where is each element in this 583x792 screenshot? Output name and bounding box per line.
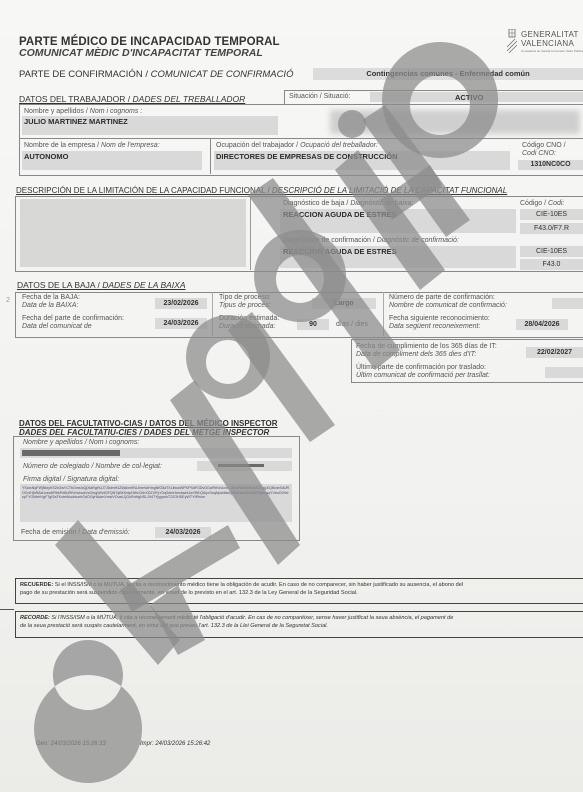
duration-unit: días / dies [336, 321, 368, 328]
signature-value: YSarcNqFWjNbiyKS2xOwYCTbGmsIxQjXlaRgHUJ7… [22, 486, 290, 506]
notice-es: RECUERDE: Si el INSS/ISM o la MUTUA, le … [15, 578, 583, 604]
logo-text-line1: GENERALITAT [521, 30, 579, 39]
last-transfer-label-ca: Últim comunicat de confirmació per trasl… [356, 372, 490, 379]
worker-section-title: DATOS DEL TRABAJADOR / DADES DEL TREBALL… [19, 94, 245, 104]
company-label-ca: Nom de l'empresa: [101, 142, 160, 149]
notice-divider [0, 609, 14, 610]
days365-value: 22/02/2027 [526, 347, 583, 358]
worker-title-es: DATOS DEL TRABAJADOR / [19, 94, 133, 104]
baja-date-label-ca: Data de la BAIXA: [22, 302, 78, 309]
leave-title-ca: DADES DE LA BAIXA [102, 280, 185, 290]
worker-name-label: Nombre y apellidos / Nom i cognoms : [24, 108, 142, 115]
collegiate-label-es: Número de colegiado / [23, 463, 95, 470]
emission-label: Fecha de emisión / Data d'emissió: [21, 529, 130, 536]
signature-label-es: Firma digital / [23, 476, 67, 483]
occupation-label: Ocupación del trabajador / Ocupació del … [216, 142, 378, 149]
occupation-value: DIRECTORES DE EMPRESAS DE CONSTRUCCIÓN [216, 152, 398, 161]
notice-ca: RECORDE: Si l'INSS/ISM o la MÚTUA, li ci… [15, 611, 583, 638]
diag-conf-label: Diagnóstico de confirmación / Diagnòstic… [283, 237, 459, 244]
signature-label-ca: Signatura digital: [67, 476, 119, 483]
diag-baja-value: REACCION AGUDA DE ESTRES [283, 210, 397, 219]
company-label: Nombre de la empresa / Nom de l'empresa: [24, 142, 160, 149]
next-review-label-ca: Data següent reconeixement: [389, 323, 480, 330]
conf-number-label-ca: Nombre de comunicat de confirmació: [389, 302, 507, 309]
diag-baja-label-es: Diagnóstico de baja / [283, 200, 350, 207]
last-transfer-label-es: Último parte de confirmación por traslad… [356, 364, 486, 371]
situation-value: ACTIVO [455, 93, 483, 102]
company-value: AUTONOMO [24, 152, 68, 161]
diag-baja-code2: F43.0/F7.R [520, 223, 583, 234]
duration-label-es: Duración estimada: [219, 315, 279, 322]
document-subtitle: PARTE DE CONFIRMACIÓN / COMUNICAT DE CON… [19, 69, 293, 80]
cno-value: 1310NC0CO [518, 160, 583, 170]
conf-date-label-es: Fecha del parte de confirmación: [22, 315, 124, 322]
diag-conf-label-es: Diagnóstico de confirmación / [283, 237, 377, 244]
limitation-vdivider [250, 196, 251, 270]
worker-divider [19, 138, 583, 139]
baja-date-value: 23/02/2026 [155, 298, 207, 309]
worker-title-ca: DADES DEL TREBALLADOR [133, 94, 246, 104]
conf-date-value: 24/03/2026 [155, 318, 207, 329]
margin-mark: 2 [6, 297, 10, 304]
collegiate-label-ca: Nombre de col·legiat: [95, 463, 162, 470]
limitation-title-ca: DESCRIPCIÓ DE LA LIMITACIÓ DE LA CAPACIT… [272, 186, 507, 195]
cno-label-ca-text: Codi CNO: [522, 150, 556, 157]
notice-ca-bold: RECORDE: [20, 615, 50, 621]
situation-label: Situación / Situació: [289, 93, 350, 100]
duration-value: 90 [297, 319, 329, 330]
days365-label-ca-text: Data de compliment dels 365 dies d'IT: [356, 351, 476, 358]
contingency-type: Contingencias comunes - Enfermedad común [313, 68, 583, 80]
printed-timestamp: Impr: 24/03/2026 15:26:42 [140, 741, 210, 747]
emission-label-es: Fecha de emisión / [21, 529, 82, 536]
process-type-label-ca: Tipus de procés: [219, 302, 271, 309]
diag-baja-label-ca: Diagnòstic de baixa: [350, 200, 413, 207]
next-review-label-ca-text: Data següent reconeixement: [389, 323, 480, 330]
generated-timestamp: Gen: 24/03/2026 15:26:33 [36, 741, 106, 747]
baja-date-label-ca-text: Data de la BAIXA: [22, 302, 78, 309]
notice-es-text: Si el INSS/ISM o la MUTUA, le cita a rec… [53, 582, 463, 588]
diag-conf-code2: F43.0 [520, 259, 583, 270]
limitation-section-title: DESCRIPCIÓN DE LA LIMITACIÓN DE LA CAPAC… [16, 186, 507, 195]
leave-vdivider2 [383, 292, 384, 336]
duration-label-ca: Duració estimada: [219, 323, 275, 330]
limitation-title-es: DESCRIPCIÓN DE LA LIMITACIÓN DE LA CAPAC… [16, 186, 272, 195]
doctor-name-label-ca: Nom i cognoms: [89, 439, 140, 446]
generalitat-crest-icon [507, 29, 517, 53]
diag-conf-code1: CIE-10ES [520, 246, 583, 257]
notice-ca-text: Si l'INSS/ISM o la MÚTUA, li cita a reco… [50, 615, 453, 621]
generalitat-logo: GENERALITAT VALENCIANA Conselleria de Sa… [507, 29, 583, 57]
subtitle-es: PARTE DE CONFIRMACIÓN / [19, 69, 151, 80]
worker-vdivider [210, 138, 211, 174]
doctor-name-label-es: Nombre y apellidos / [23, 439, 89, 446]
next-review-value: 28/04/2026 [516, 319, 568, 330]
company-label-es: Nombre de la empresa / [24, 142, 101, 149]
blurred-region [330, 110, 580, 134]
worker-name-label-es: Nombre y apellidos / [24, 108, 90, 115]
conf-number-label-es: Número de parte de confirmación: [389, 294, 495, 301]
process-type-label-ca-text: Tipus de procés: [219, 302, 271, 309]
document-title-ca: COMUNICAT MÈDIC D'INCAPACITAT TEMPORAL [19, 47, 263, 59]
diag-baja-code1: CIE-10ES [520, 209, 583, 220]
process-type-label-es: Tipo de proceso: [219, 294, 271, 301]
logo-text-line3: Conselleria de Sanitat Universal i Salut… [521, 49, 583, 53]
leave-vdivider1 [212, 292, 213, 336]
collegiate-label: Número de colegiado / Nombre de col·legi… [23, 463, 162, 470]
worker-name-value: JULIO MARTINEZ MARTINEZ [24, 117, 128, 126]
worker-name-label-ca: Nom i cognoms : [90, 108, 143, 115]
doctor-name-redacted [22, 450, 120, 456]
diag-conf-label-ca: Diagnòstic de confirmació: [377, 237, 459, 244]
limitation-description-field [20, 199, 246, 267]
conf-number-value [552, 298, 583, 309]
code-label-es: Código / [520, 200, 548, 207]
doctor-name-label: Nombre y apellidos / Nom i cognoms: [23, 439, 139, 446]
code-label-ca: Codi: [548, 200, 564, 207]
emission-value: 24/03/2026 [155, 527, 211, 538]
diag-baja-label: Diagnóstico de baja / Diagnòstic de baix… [283, 200, 413, 207]
cno-label-ca: Codi CNO: [522, 150, 556, 157]
occupation-label-ca: Ocupació del treballador: [300, 142, 378, 149]
diag-conf-value: REACCION AGUDA DE ESTRES [283, 247, 397, 256]
conf-date-label-ca: Data del comunicat de [22, 323, 92, 330]
next-review-label-es: Fecha siguiente reconocimiento: [389, 315, 490, 322]
code-label: Código / Codi: [520, 200, 564, 207]
document-page: PARTE MÉDICO DE INCAPACIDAD TEMPORAL COM… [0, 0, 583, 792]
emission-label-ca: Data d'emissió: [82, 529, 130, 536]
notice-es-bold: RECUERDE: [20, 582, 53, 588]
duration-label-ca-text: Duració estimada: [219, 323, 275, 330]
signature-label: Firma digital / Signatura digital: [23, 476, 119, 483]
notice-es-text2: pago de su prestación será suspendido ca… [20, 590, 358, 596]
last-transfer-label-ca-text: Últim comunicat de confirmació per trasl… [356, 372, 490, 379]
notice-ca-text2: de la seua prestació serà suspés cautela… [20, 623, 328, 629]
baja-date-label-es: Fecha de la BAJA: [22, 294, 80, 301]
days365-label-ca: Data de compliment dels 365 dies d'IT: [356, 351, 476, 358]
collegiate-redacted [218, 464, 264, 467]
logo-text-line2: VALENCIANA [521, 39, 574, 48]
occupation-label-es: Ocupación del trabajador / [216, 142, 300, 149]
doctor-section-title-es: DATOS DEL FACULTATIVO-CIAS / DATOS DEL M… [19, 419, 278, 428]
subtitle-ca: COMUNICAT DE CONFIRMACIÓ [151, 69, 294, 80]
cno-label-es: Código CNO / [522, 142, 566, 149]
conf-date-label-ca-text: Data del comunicat de [22, 323, 92, 330]
conf-number-label-ca-text: Nombre de comunicat de confirmació: [389, 302, 507, 309]
leave-title-es: DATOS DE LA BAJA / [17, 280, 102, 290]
leave-section-title: DATOS DE LA BAJA / DADES DE LA BAIXA [17, 280, 186, 290]
days365-label-es: Fecha de cumplimiento de los 365 días de… [356, 343, 497, 350]
process-type-value: Largo [312, 298, 376, 309]
last-transfer-value [545, 367, 583, 378]
